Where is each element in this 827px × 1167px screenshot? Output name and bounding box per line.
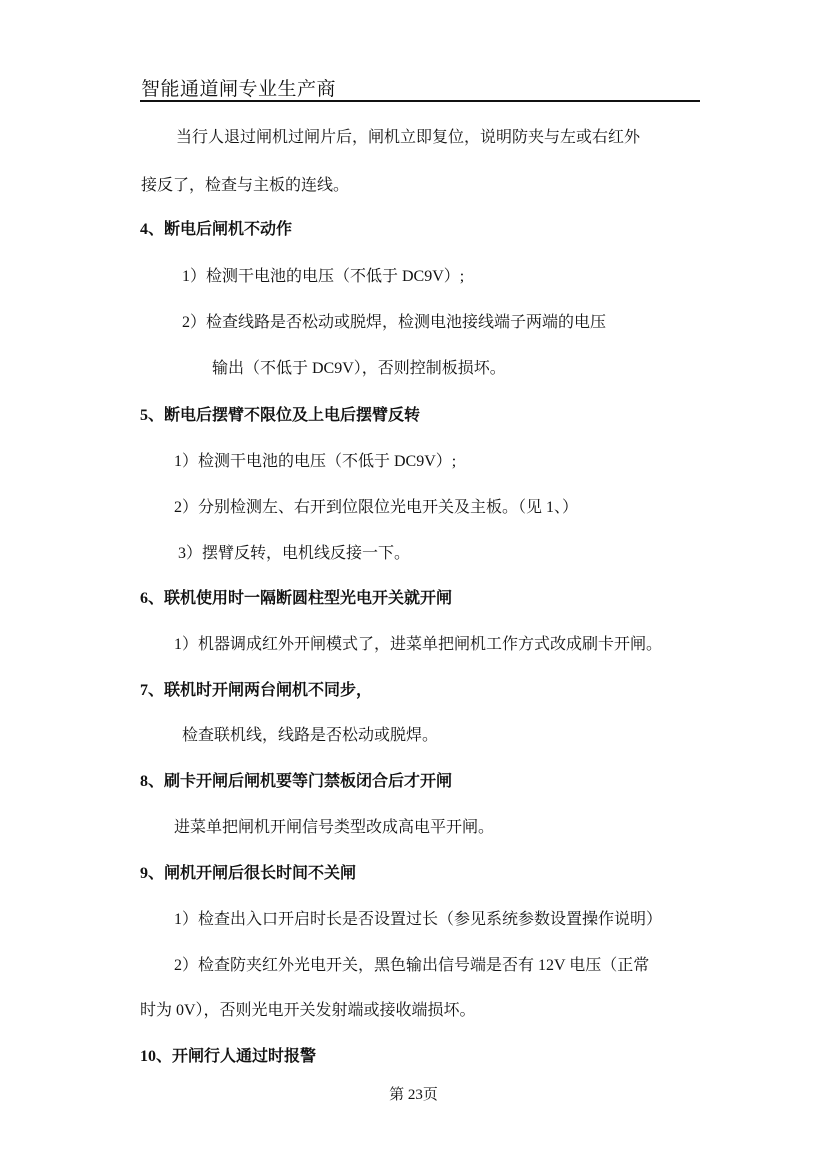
section-9-line-3: 时为 0V），否则光电开关发射端或接收端损坏。 [140,997,476,1020]
header-divider [140,100,700,102]
section-7-line-1: 检查联机线，线路是否松动或脱焊。 [182,722,438,745]
section-heading-8: 8、刷卡开闸后闸机要等门禁板闭合后才开闸 [140,768,452,791]
section-8-line-1: 进菜单把闸机开闸信号类型改成高电平开闸。 [174,814,494,837]
section-heading-7: 7、联机时开闸两台闸机不同步， [140,677,372,700]
section-9-line-2: 2）检查防夹红外光电开关，黑色输出信号端是否有 12V 电压（正常 [174,952,649,975]
section-5-line-1: 1）检测干电池的电压（不低于 DC9V）; [174,448,456,471]
intro-line-1: 当行人退过闸机过闸片后，闸机立即复位，说明防夹与左或右红外 [176,124,640,147]
section-5-line-3: 3）摆臂反转，电机线反接一下。 [178,540,410,563]
section-5-line-2: 2）分别检测左、右开到位限位光电开关及主板。（见 1、） [174,494,578,517]
section-heading-9: 9、闸机开闸后很长时间不关闸 [140,860,356,883]
section-heading-4: 4、断电后闸机不动作 [140,216,292,239]
section-4-line-1: 1）检测干电池的电压（不低于 DC9V）; [182,263,464,286]
section-6-line-1: 1）机器调成红外开闸模式了，进菜单把闸机工作方式改成刷卡开闸。 [174,631,662,654]
document-page: 智能通道闸专业生产商 当行人退过闸机过闸片后，闸机立即复位，说明防夹与左或右红外… [0,0,827,1167]
section-9-line-1: 1）检查出入口开启时长是否设置过长（参见系统参数设置操作说明） [174,906,662,929]
section-heading-10: 10、开闸行人通过时报警 [140,1043,316,1066]
section-heading-5: 5、断电后摆臂不限位及上电后摆臂反转 [140,402,420,425]
section-4-line-2: 2）检查线路是否松动或脱焊，检测电池接线端子两端的电压 [182,309,606,332]
section-4-line-3: 输出（不低于 DC9V），否则控制板损坏。 [212,355,506,378]
header-title: 智能通道闸专业生产商 [141,74,336,101]
intro-line-2: 接反了，检查与主板的连线。 [141,172,349,195]
section-heading-6: 6、联机使用时一隔断圆柱型光电开关就开闸 [140,585,452,608]
page-number: 第 23页 [0,1083,827,1104]
